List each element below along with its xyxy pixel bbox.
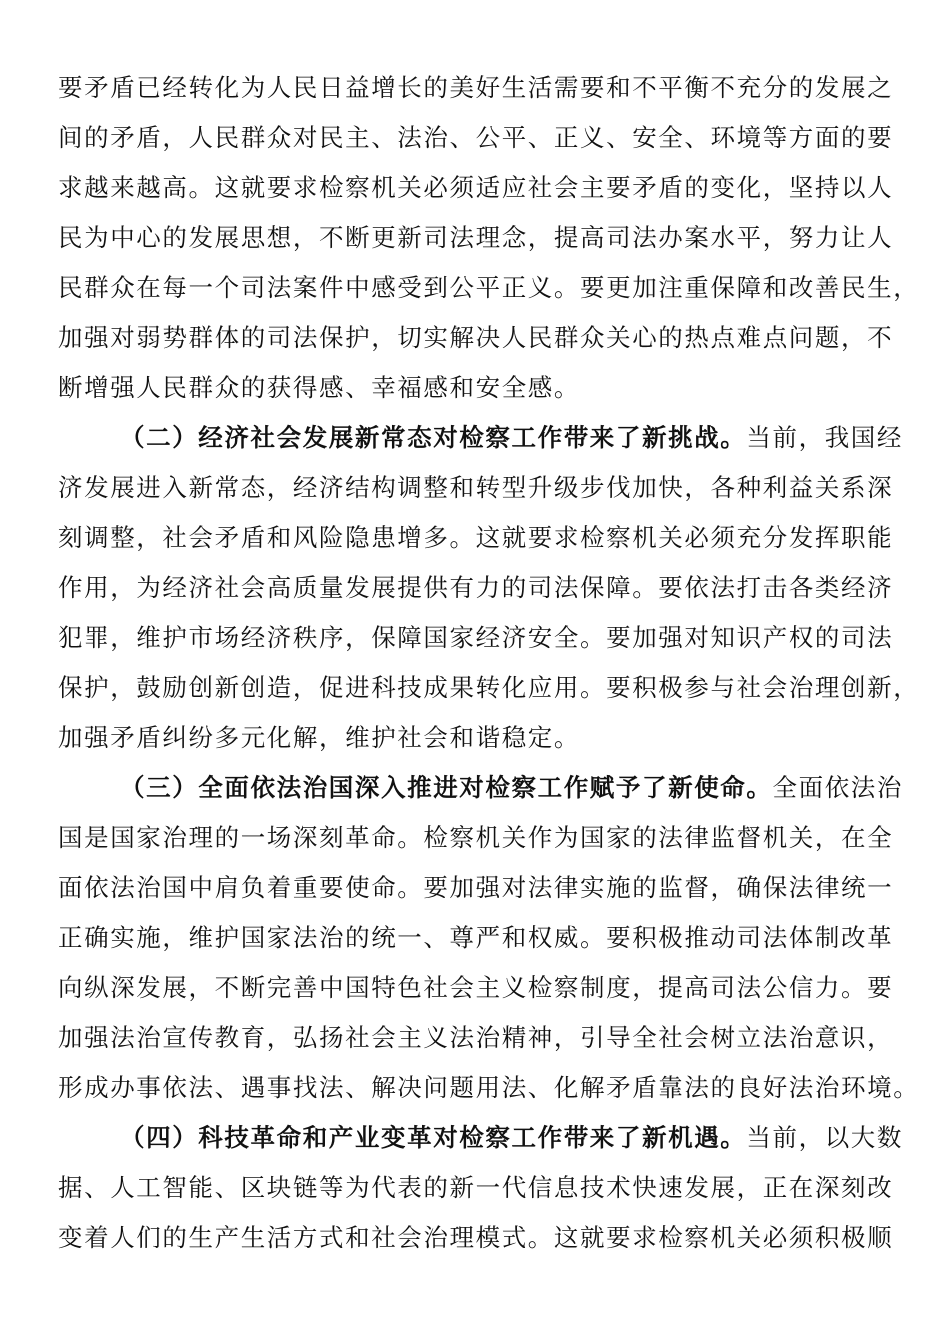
text-line: 向纵深发展，不断完善中国特色社会主义检察制度，提高司法公信力。要 [58, 963, 898, 1013]
text-line: 民群众在每一个司法案件中感受到公平正义。要更加注重保障和改善民生， [58, 263, 898, 313]
text-line: 要矛盾已经转化为人民日益增长的美好生活需要和不平衡不充分的发展之 [58, 63, 898, 113]
text-line: 刻调整，社会矛盾和风险隐患增多。这就要求检察机关必须充分发挥职能 [58, 513, 898, 563]
text-line: 作用，为经济社会高质量发展提供有力的司法保障。要依法打击各类经济 [58, 563, 898, 613]
text-line: 据、人工智能、区块链等为代表的新一代信息技术快速发展，正在深刻改 [58, 1163, 898, 1213]
text-line: 间的矛盾，人民群众对民主、法治、公平、正义、安全、环境等方面的要 [58, 113, 898, 163]
text-line: 保护，鼓励创新创造，促进科技成果转化应用。要积极参与社会治理创新， [58, 663, 898, 713]
text-line: 济发展进入新常态，经济结构调整和转型升级步伐加快，各种利益关系深 [58, 463, 898, 513]
text-line: 加强法治宣传教育，弘扬社会主义法治精神，引导全社会树立法治意识， [58, 1013, 898, 1063]
section-heading-line: （四）科技革命和产业变革对检察工作带来了新机遇。当前，以大数 [120, 1113, 950, 1163]
text-line: 断增强人民群众的获得感、幸福感和安全感。 [58, 363, 898, 413]
text-line: 国是国家治理的一场深刻革命。检察机关作为国家的法律监督机关，在全 [58, 813, 898, 863]
document-page: 要矛盾已经转化为人民日益增长的美好生活需要和不平衡不充分的发展之 间的矛盾，人民… [0, 0, 950, 1344]
section-lead-text: 当前，以大数 [746, 1123, 903, 1152]
text-line: 形成办事依法、遇事找法、解决问题用法、化解矛盾靠法的良好法治环境。 [58, 1063, 898, 1113]
section-heading-line: （二）经济社会发展新常态对检察工作带来了新挑战。当前，我国经 [120, 413, 950, 463]
section-heading-3: （三）全面依法治国深入推进对检察工作赋予了新使命。 [120, 773, 773, 802]
text-line: 犯罪，维护市场经济秩序，保障国家经济安全。要加强对知识产权的司法 [58, 613, 898, 663]
text-line: 加强对弱势群体的司法保护，切实解决人民群众关心的热点难点问题，不 [58, 313, 898, 363]
text-line: 求越来越高。这就要求检察机关必须适应社会主要矛盾的变化，坚持以人 [58, 163, 898, 213]
text-line: 正确实施，维护国家法治的统一、尊严和权威。要积极推动司法体制改革 [58, 913, 898, 963]
section-lead-text: 当前，我国经 [746, 423, 903, 452]
text-line: 面依法治国中肩负着重要使命。要加强对法律实施的监督，确保法律统一 [58, 863, 898, 913]
text-line: 民为中心的发展思想，不断更新司法理念，提高司法办案水平，努力让人 [58, 213, 898, 263]
text-line: 加强矛盾纠纷多元化解，维护社会和谐稳定。 [58, 713, 898, 763]
section-lead-text: 全面依法治 [773, 773, 904, 802]
section-heading-line: （三）全面依法治国深入推进对检察工作赋予了新使命。全面依法治 [120, 763, 950, 813]
section-heading-2: （二）经济社会发展新常态对检察工作带来了新挑战。 [120, 423, 746, 452]
text-line: 变着人们的生产生活方式和社会治理模式。这就要求检察机关必须积极顺 [58, 1213, 898, 1263]
section-heading-4: （四）科技革命和产业变革对检察工作带来了新机遇。 [120, 1123, 746, 1152]
